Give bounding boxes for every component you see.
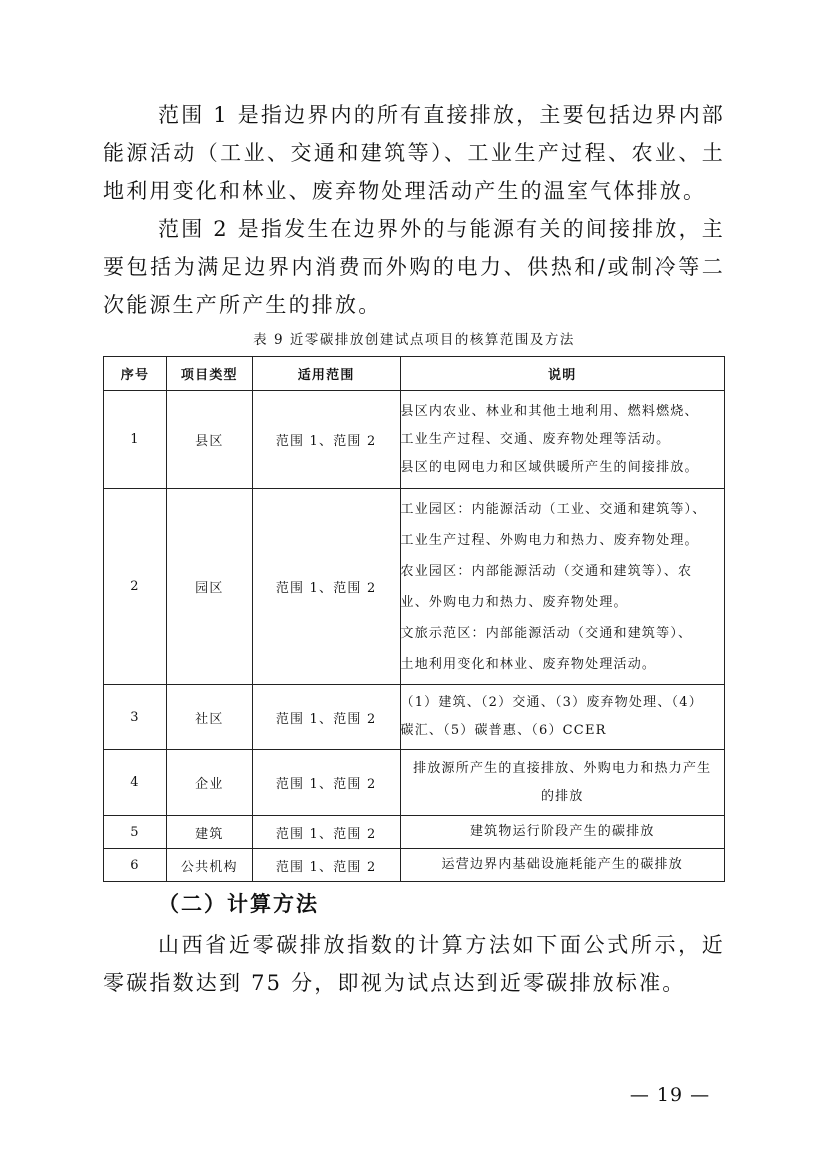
description-line: 运营边界内基础设施耗能产生的碳排放 (401, 851, 724, 879)
cell-scope: 范围 1、范围 2 (252, 750, 400, 816)
description-line: 建筑物运行阶段产生的碳排放 (401, 818, 724, 846)
cell-type: 建筑 (166, 816, 252, 849)
table-row: 2 园区 范围 1、范围 2 工业园区：内能源活动（工业、交通和建筑等）、 工业… (104, 489, 725, 685)
header-type: 项目类型 (166, 357, 252, 391)
cell-no: 3 (104, 685, 167, 750)
cell-no: 4 (104, 750, 167, 816)
paragraph-method: 山西省近零碳排放指数的计算方法如下面公式所示，近零碳指数达到 75 分，即视为试… (103, 926, 725, 1002)
section-heading: （二）计算方法 (158, 888, 319, 918)
description-line: 碳汇、（5）碳普惠、（6）CCER (401, 717, 724, 745)
paragraph-scope-2: 范围 2 是指发生在边界外的与能源有关的间接排放，主要包括为满足边界内消费而外购… (103, 210, 725, 324)
header-scope: 适用范围 (252, 357, 400, 391)
cell-description: 建筑物运行阶段产生的碳排放 (400, 816, 724, 849)
document-page: 范围 1 是指边界内的所有直接排放，主要包括边界内部能源活动（工业、交通和建筑等… (0, 0, 826, 1169)
cell-scope: 范围 1、范围 2 (252, 489, 400, 685)
table-caption: 表 9 近零碳排放创建试点项目的核算范围及方法 (103, 328, 725, 348)
accounting-scope-table: 序号 项目类型 适用范围 说明 1 县区 范围 1、范围 2 县区内农业、林业和… (103, 356, 725, 882)
cell-scope: 范围 1、范围 2 (252, 816, 400, 849)
paragraph-scope-1: 范围 1 是指边界内的所有直接排放，主要包括边界内部能源活动（工业、交通和建筑等… (103, 96, 725, 210)
header-description: 说明 (400, 357, 724, 391)
cell-scope: 范围 1、范围 2 (252, 849, 400, 882)
cell-no: 5 (104, 816, 167, 849)
cell-type: 园区 (166, 489, 252, 685)
description-line: 业、外购电力和热力、废弃物处理。 (401, 587, 724, 618)
description-line: 工业园区：内能源活动（工业、交通和建筑等）、 (401, 494, 724, 525)
page-number: — 19 — (615, 1084, 725, 1106)
description-line: 工业生产过程、交通、废弃物处理等活动。 (401, 426, 724, 454)
cell-description: 工业园区：内能源活动（工业、交通和建筑等）、 工业生产过程、外购电力和热力、废弃… (400, 489, 724, 685)
cell-description: 县区内农业、林业和其他土地利用、燃料燃烧、 工业生产过程、交通、废弃物处理等活动… (400, 391, 724, 489)
cell-type: 县区 (166, 391, 252, 489)
table-row: 5 建筑 范围 1、范围 2 建筑物运行阶段产生的碳排放 (104, 816, 725, 849)
description-line: 的排放 (401, 783, 724, 811)
cell-type: 公共机构 (166, 849, 252, 882)
description-line: 排放源所产生的直接排放、外购电力和热力产生 (401, 755, 724, 783)
description-line: 县区内农业、林业和其他土地利用、燃料燃烧、 (401, 398, 724, 426)
cell-type: 社区 (166, 685, 252, 750)
cell-no: 2 (104, 489, 167, 685)
description-line: （1）建筑、（2）交通、（3）废弃物处理、（4） (401, 689, 724, 717)
description-line: 文旅示范区：内部能源活动（交通和建筑等）、 (401, 618, 724, 649)
cell-description: 排放源所产生的直接排放、外购电力和热力产生 的排放 (400, 750, 724, 816)
cell-type: 企业 (166, 750, 252, 816)
cell-scope: 范围 1、范围 2 (252, 391, 400, 489)
description-line: 土地利用变化和林业、废弃物处理活动。 (401, 649, 724, 680)
description-line: 县区的电网电力和区域供暖所产生的间接排放。 (401, 454, 724, 482)
table-header-row: 序号 项目类型 适用范围 说明 (104, 357, 725, 391)
cell-no: 6 (104, 849, 167, 882)
description-line: 农业园区：内部能源活动（交通和建筑等）、农 (401, 556, 724, 587)
description-line: 工业生产过程、外购电力和热力、废弃物处理。 (401, 525, 724, 556)
cell-description: （1）建筑、（2）交通、（3）废弃物处理、（4） 碳汇、（5）碳普惠、（6）CC… (400, 685, 724, 750)
cell-no: 1 (104, 391, 167, 489)
cell-description: 运营边界内基础设施耗能产生的碳排放 (400, 849, 724, 882)
table-row: 4 企业 范围 1、范围 2 排放源所产生的直接排放、外购电力和热力产生 的排放 (104, 750, 725, 816)
table-row: 6 公共机构 范围 1、范围 2 运营边界内基础设施耗能产生的碳排放 (104, 849, 725, 882)
header-no: 序号 (104, 357, 167, 391)
table-row: 1 县区 范围 1、范围 2 县区内农业、林业和其他土地利用、燃料燃烧、 工业生… (104, 391, 725, 489)
table-row: 3 社区 范围 1、范围 2 （1）建筑、（2）交通、（3）废弃物处理、（4） … (104, 685, 725, 750)
cell-scope: 范围 1、范围 2 (252, 685, 400, 750)
